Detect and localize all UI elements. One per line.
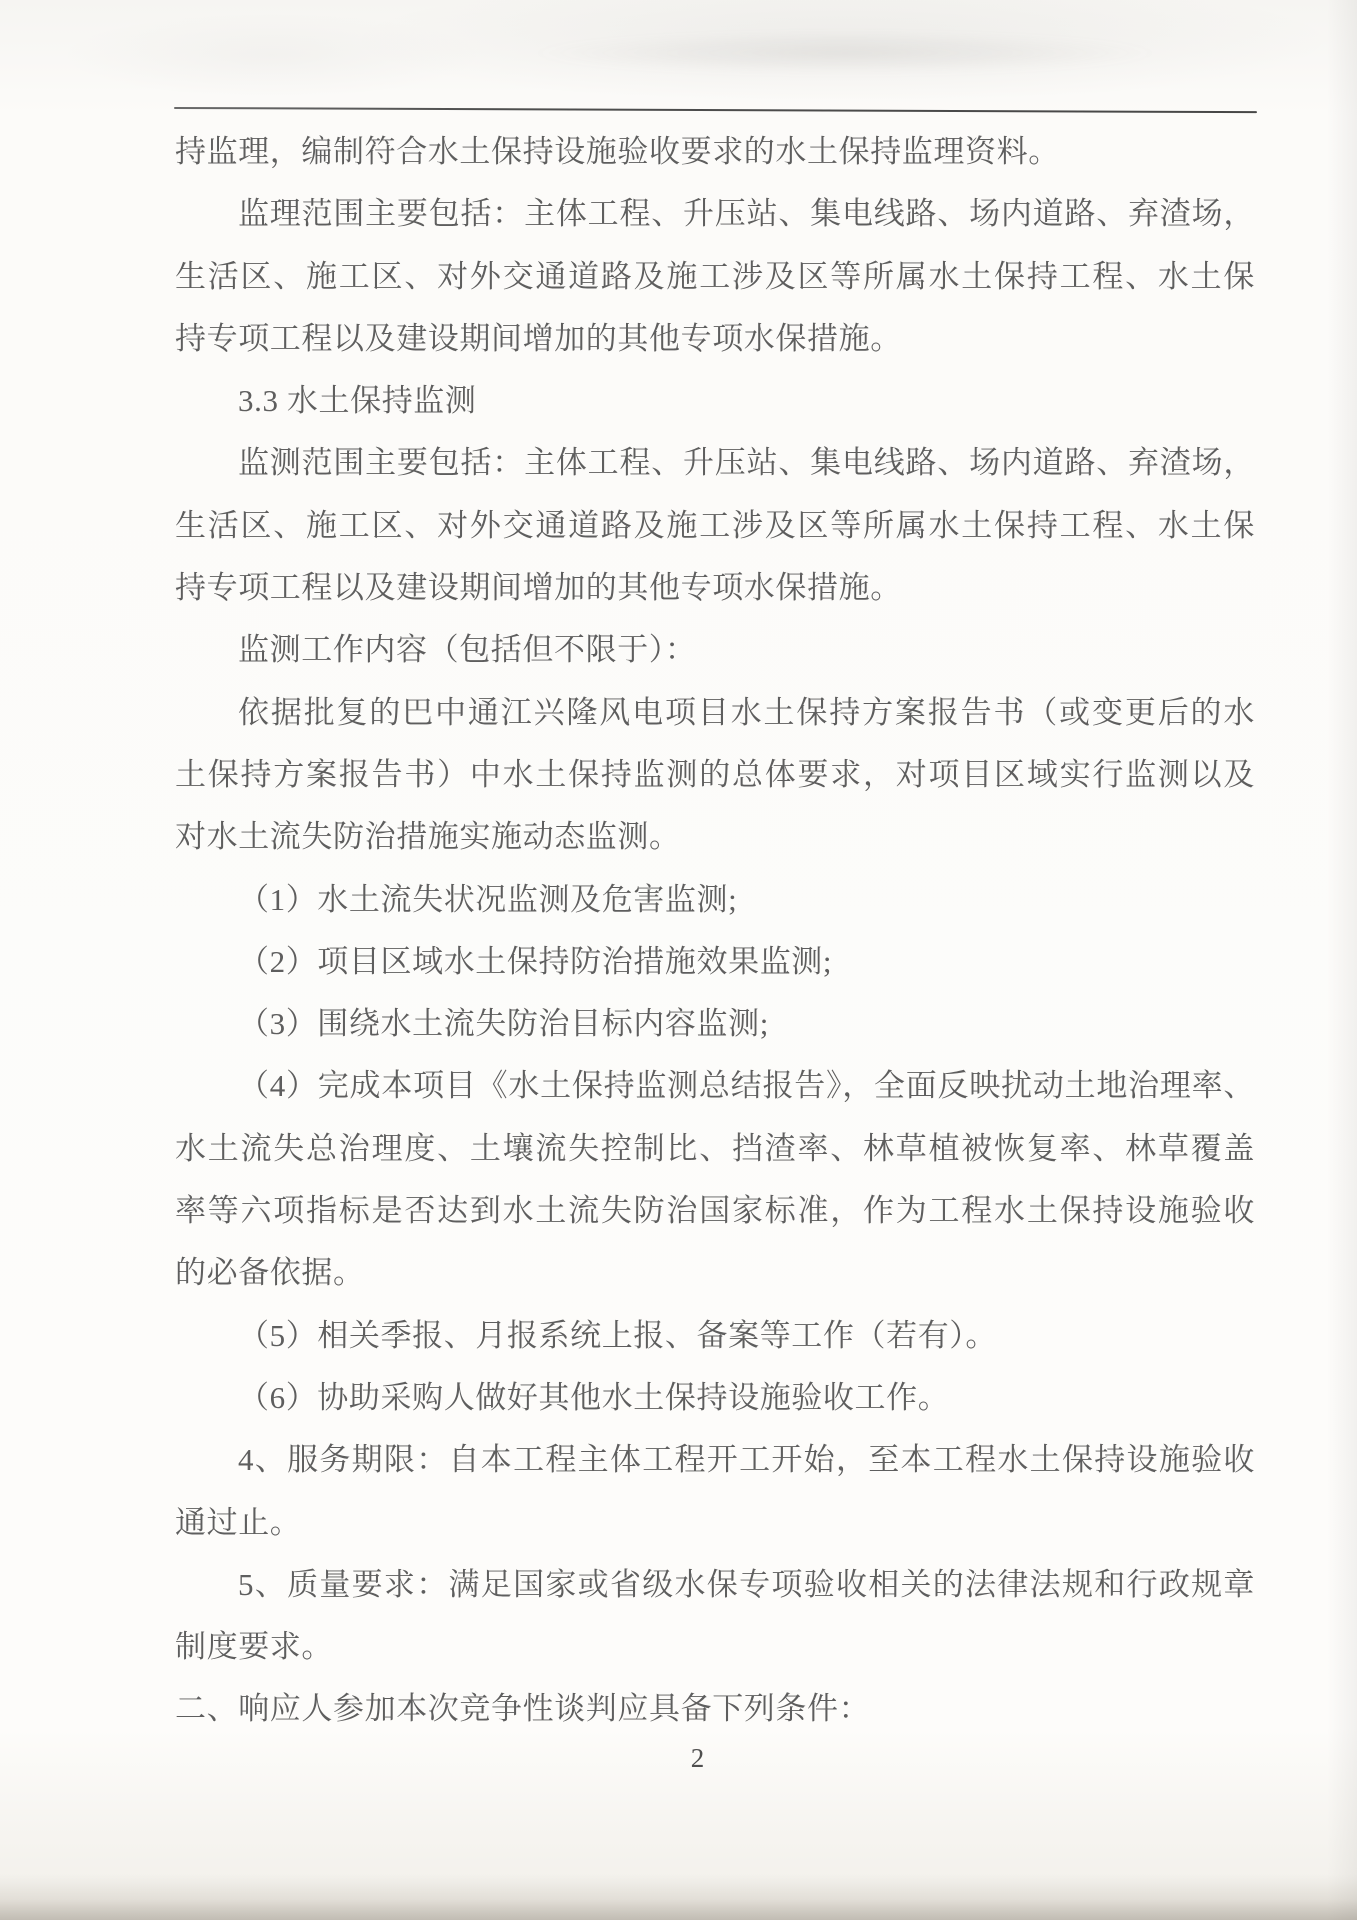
text-line: （1）水土流失状况监测及危害监测; [175, 869, 1255, 931]
text-line: 监理范围主要包括：主体工程、升压站、集电线路、场内道路、弃渣场， [175, 183, 1255, 245]
text-line: 对水土流失防治措施实施动态监测。 [175, 806, 1255, 868]
text-line: 水土流失总治理度、土壤流失控制比、挡渣率、林草植被恢复率、林草覆盖 [175, 1118, 1255, 1180]
text-line: （5）相关季报、月报系统上报、备案等工作（若有）。 [175, 1305, 1255, 1367]
text-line: 生活区、施工区、对外交通道路及施工涉及区等所属水土保持工程、水土保 [175, 246, 1255, 308]
text-line: （4）完成本项目《水土保持监测总结报告》，全面反映扰动土地治理率、 [175, 1055, 1255, 1117]
text-line: 4、服务期限：自本工程主体工程开工开始，至本工程水土保持设施验收 [175, 1429, 1255, 1491]
text-line: 监测范围主要包括：主体工程、升压站、集电线路、场内道路、弃渣场， [175, 432, 1255, 494]
text-line: 持专项工程以及建设期间增加的其他专项水保措施。 [175, 308, 1255, 370]
bleed-through-artifact [430, 18, 1260, 88]
text-line: 5、质量要求：满足国家或省级水保专项验收相关的法律法规和行政规章 [175, 1554, 1255, 1616]
text-line: 生活区、施工区、对外交通道路及施工涉及区等所属水土保持工程、水土保 [175, 495, 1255, 557]
text-line: （2）项目区域水土保持防治措施效果监测; [175, 931, 1255, 993]
text-line: 的必备依据。 [175, 1242, 1255, 1304]
header-rule [174, 107, 1257, 114]
text-line: 监测工作内容（包括但不限于）： [175, 619, 1255, 681]
text-line: 率等六项指标是否达到水土流失防治国家标准，作为工程水土保持设施验收 [175, 1180, 1255, 1242]
text-line: 持监理，编制符合水土保持设施验收要求的水土保持监理资料。 [175, 121, 1255, 183]
text-line: 通过止。 [175, 1492, 1255, 1554]
document-body: 持监理，编制符合水土保持设施验收要求的水土保持监理资料。监理范围主要包括：主体工… [175, 121, 1255, 1741]
page-bottom-shade [0, 1874, 1357, 1920]
text-line: 依据批复的巴中通江兴隆风电项目水土保持方案报告书（或变更后的水 [175, 682, 1255, 744]
text-line: 二、响应人参加本次竞争性谈判应具备下列条件： [175, 1678, 1255, 1740]
page-number: 2 [175, 1740, 1220, 1776]
text-line: 土保持方案报告书）中水土保持监测的总体要求，对项目区域实行监测以及 [175, 744, 1255, 806]
text-line: 持专项工程以及建设期间增加的其他专项水保措施。 [175, 557, 1255, 619]
text-line: 3.3 水土保持监测 [175, 370, 1255, 432]
text-line: 制度要求。 [175, 1616, 1255, 1678]
text-line: （6）协助采购人做好其他水土保持设施验收工作。 [175, 1367, 1255, 1429]
right-edge-vignette [1327, 0, 1357, 1920]
text-line: （3）围绕水土流失防治目标内容监测; [175, 993, 1255, 1055]
scanned-page: 持监理，编制符合水土保持设施验收要求的水土保持监理资料。监理范围主要包括：主体工… [0, 0, 1357, 1920]
